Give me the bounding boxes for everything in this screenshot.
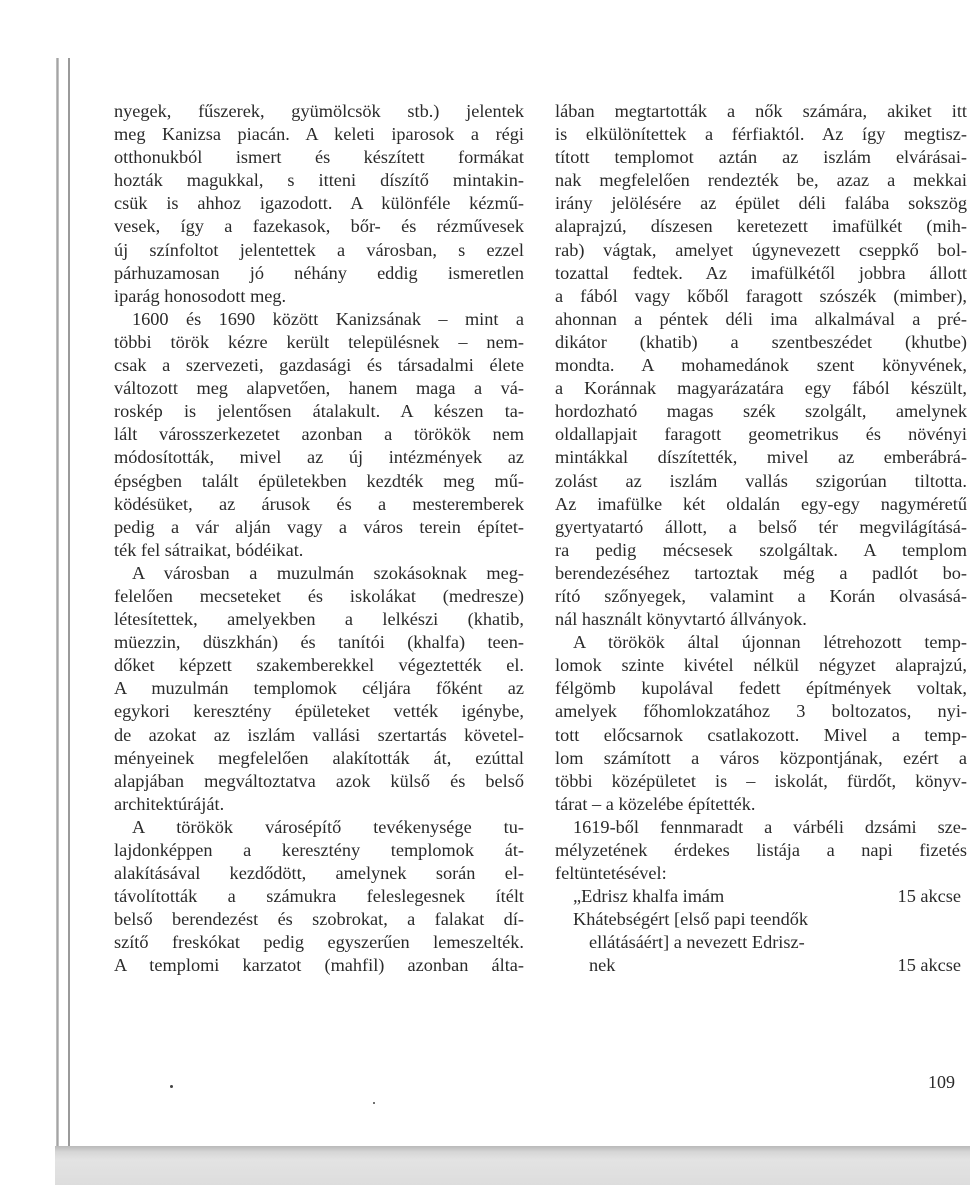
text-line: tott előcsarnok csatlakozott. Mivel a te… bbox=[555, 724, 967, 747]
salary-amount bbox=[961, 931, 967, 954]
text-line: meg Kanizsa piacán. A keleti iparosok a … bbox=[114, 123, 524, 146]
text-line: otthonukból ismert és készített formákat bbox=[114, 146, 524, 169]
text-line: párhuzamosan jó néhány eddig ismeretlen bbox=[114, 262, 524, 285]
text-line: változott meg alapvetően, hanem maga a v… bbox=[114, 377, 524, 400]
salary-entry-label: ellátásáért] a nevezett Edrisz- bbox=[555, 931, 805, 954]
left-text-column: nyegek, fűszerek, gyümölcsök stb.) jelen… bbox=[114, 100, 524, 978]
text-line: müezzin, düszkhán) és tanítói (khalfa) t… bbox=[114, 631, 524, 654]
salary-entry-label: nek bbox=[555, 954, 615, 977]
text-line: alakításával kezdődött, amelynek során e… bbox=[114, 862, 524, 885]
page-bottom-edge-shadow bbox=[55, 1146, 970, 1185]
salary-amount: 15 akcse bbox=[898, 954, 967, 977]
text-line: pedig a vár alján vagy a város terein ép… bbox=[114, 516, 524, 539]
text-line: ték fel sátraikat, bódéikat. bbox=[114, 539, 524, 562]
text-line: épségben talált épületekben kezdték meg … bbox=[114, 470, 524, 493]
salary-entry-label: Khátebségért [első papi teendők bbox=[555, 908, 808, 931]
text-line: rító szőnyegek, valamint a Korán olvasás… bbox=[555, 585, 967, 608]
text-line: A törökök városépítő tevékenysége tu- bbox=[114, 816, 524, 839]
text-line: mintákkal díszítették, mivel az emberábr… bbox=[555, 446, 967, 469]
text-line: irány jelölésére az épület déli falába s… bbox=[555, 192, 967, 215]
text-line: távolították a számukra feleslegesnek ít… bbox=[114, 885, 524, 908]
text-line: többi török kézre került településnek – … bbox=[114, 331, 524, 354]
text-line: ahonnan a péntek déli ima alkalmával a p… bbox=[555, 308, 967, 331]
text-line: A városban a muzulmán szokásoknak meg- bbox=[114, 562, 524, 585]
text-line: dikátor (khatib) a szentbeszédet (khutbe… bbox=[555, 331, 967, 354]
page-binding-shadow bbox=[56, 58, 59, 1148]
salary-amount: 15 akcse bbox=[898, 885, 967, 908]
text-line: felelően mecseteket és iskolákat (medres… bbox=[114, 585, 524, 608]
salary-list-row: „Edrisz khalfa imám15 akcse bbox=[555, 885, 967, 908]
text-line: roskép is jelentősen átalakult. A készen… bbox=[114, 400, 524, 423]
salary-list-row: Khátebségért [első papi teendők bbox=[555, 908, 967, 931]
text-line: nak megfelelően rendezték be, azaz a mek… bbox=[555, 169, 967, 192]
text-line: feltüntetésével: bbox=[555, 862, 967, 885]
text-line: lomok szinte kivétel nélkül négyzet alap… bbox=[555, 654, 967, 677]
text-line: A muzulmán templomok céljára főként az bbox=[114, 677, 524, 700]
text-line: dőket képzett szakemberekkel végeztették… bbox=[114, 654, 524, 677]
text-line: lában megtartották a nők számára, akiket… bbox=[555, 100, 967, 123]
text-line: oldallapjait faragott geometrikus és növ… bbox=[555, 423, 967, 446]
text-line: lajdonképpen a keresztény templomok át- bbox=[114, 839, 524, 862]
page-margin-rule bbox=[68, 58, 70, 1150]
text-line: új színfoltot jelentettek a városban, s … bbox=[114, 239, 524, 262]
text-line: félgömb kupolával fedett építmények volt… bbox=[555, 677, 967, 700]
text-line: tított templomot aztán az iszlám elvárás… bbox=[555, 146, 967, 169]
scanned-book-page: nyegek, fűszerek, gyümölcsök stb.) jelen… bbox=[0, 0, 970, 1185]
text-line: tárat – a közelébe építették. bbox=[555, 793, 967, 816]
text-line: A templomi karzatot (mahfil) azonban ált… bbox=[114, 954, 524, 977]
text-line: amelyek főhomlokzatához 3 boltozatos, ny… bbox=[555, 700, 967, 723]
text-line: 1619-ből fennmaradt a várbéli dzsámi sze… bbox=[555, 816, 967, 839]
text-line: belső berendezést és szobrokat, a falaka… bbox=[114, 908, 524, 931]
text-line: de azokat az iszlám vallási szertartás k… bbox=[114, 724, 524, 747]
salary-list-row: nek15 akcse bbox=[555, 954, 967, 977]
text-line: hozták magukkal, s itteni díszítő mintak… bbox=[114, 169, 524, 192]
text-line: vesek, így a fazekasok, bőr- és rézműves… bbox=[114, 215, 524, 238]
text-line: ményeinek megfelelően alakították át, ez… bbox=[114, 747, 524, 770]
text-line: létesítettek, amelyekben a lelkészi (kha… bbox=[114, 608, 524, 631]
text-line: A törökök által újonnan létrehozott temp… bbox=[555, 631, 967, 654]
right-text-column: lában megtartották a nők számára, akiket… bbox=[555, 100, 967, 978]
right-column-paragraphs: lában megtartották a nők számára, akiket… bbox=[555, 100, 967, 885]
text-line: gyertyatartó állott, a belső tér megvilá… bbox=[555, 516, 967, 539]
text-line: a fából vagy kőből faragott szószék (mim… bbox=[555, 285, 967, 308]
text-line: ködésüket, az árusok és a mesteremberek bbox=[114, 493, 524, 516]
text-line: iparág honosodott meg. bbox=[114, 285, 524, 308]
text-line: is elkülönítettek a férfiaktól. Az így m… bbox=[555, 123, 967, 146]
text-line: hordozható magas szék szolgált, amelynek bbox=[555, 400, 967, 423]
text-line: zolást az iszlám vallás szigorúan tiltot… bbox=[555, 470, 967, 493]
salary-list: „Edrisz khalfa imám15 akcseKhátebségért … bbox=[555, 885, 967, 977]
scan-speck bbox=[170, 1085, 173, 1088]
text-line: mélyzetének érdekes listája a napi fizet… bbox=[555, 839, 967, 862]
text-line: ra pedig mécsesek szolgáltak. A templom bbox=[555, 539, 967, 562]
text-line: berendezéséhez tartoztak még a padlót bo… bbox=[555, 562, 967, 585]
text-line: nál használt könyvtartó állványok. bbox=[555, 608, 967, 631]
text-line: a Koránnak magyarázatára egy fából készü… bbox=[555, 377, 967, 400]
text-line: Az imafülke két oldalán egy-egy nagymére… bbox=[555, 493, 967, 516]
text-line: egykori keresztény épületeket vették igé… bbox=[114, 700, 524, 723]
text-line: 1600 és 1690 között Kanizsának – mint a bbox=[114, 308, 524, 331]
scan-speck bbox=[373, 1102, 375, 1104]
text-line: rab) vágtak, amelyet úgynevezett cseppkő… bbox=[555, 239, 967, 262]
text-line: lált városszerkezetet azonban a törökök … bbox=[114, 423, 524, 446]
text-line: csak a szervezeti, gazdasági és társadal… bbox=[114, 354, 524, 377]
text-line: lom számított a város központjának, ezér… bbox=[555, 747, 967, 770]
text-line: csük is ahhoz igazodott. A különféle kéz… bbox=[114, 192, 524, 215]
salary-entry-label: „Edrisz khalfa imám bbox=[555, 885, 724, 908]
text-line: alaprajzú, díszesen keretezett imafülkét… bbox=[555, 215, 967, 238]
text-line: alapjában megváltoztatva azok külső és b… bbox=[114, 770, 524, 793]
text-line: nyegek, fűszerek, gyümölcsök stb.) jelen… bbox=[114, 100, 524, 123]
text-line: tozattal fedtek. Az imafülkétől jobbra á… bbox=[555, 262, 967, 285]
text-line: többi középületet is – iskolát, fürdőt, … bbox=[555, 770, 967, 793]
text-line: szítő freskókat pedig egyszerűen lemesze… bbox=[114, 931, 524, 954]
text-line: mondta. A mohamedánok szent könyvének, bbox=[555, 354, 967, 377]
page-number: 109 bbox=[928, 1072, 955, 1093]
text-line: módosították, mivel az új intézmények az bbox=[114, 446, 524, 469]
salary-list-row: ellátásáért] a nevezett Edrisz- bbox=[555, 931, 967, 954]
text-line: architektúráját. bbox=[114, 793, 524, 816]
salary-amount bbox=[961, 908, 967, 931]
